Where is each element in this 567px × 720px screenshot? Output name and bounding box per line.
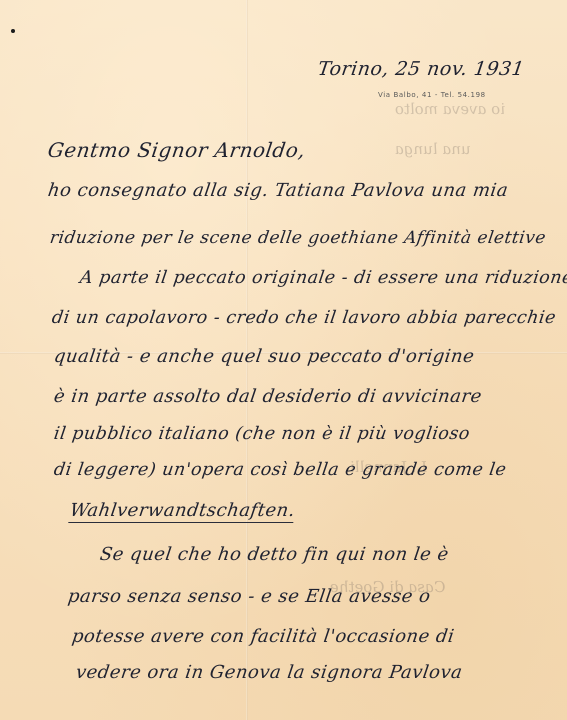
letter-line: Se quel che ho detto fin qui non le è <box>99 544 451 565</box>
letter-line: è in parte assolto dal desiderio di avvi… <box>53 386 484 407</box>
letterhead-address: Via Balbo, 41 - Tel. 54.198 <box>378 91 486 99</box>
letter-line: ho consegnato alla sig. Tatiana Pavlova … <box>47 180 510 201</box>
letter-line: il pubblico italiano (che non è il più v… <box>53 424 472 444</box>
bleed-through-text: io aveva molto <box>394 100 507 118</box>
letter-line-text: riduzione per le scene delle goethiane A… <box>49 228 548 248</box>
letter-line: potesse avere con facilità l'occasione d… <box>71 626 456 647</box>
letter-line-title: Wahlverwandtschaften. <box>69 500 297 521</box>
underlined-title: Wahlverwandtschaften. <box>68 500 296 523</box>
letter-line: A parte il peccato originale - di essere… <box>79 268 567 288</box>
letter-line: di un capolavoro - credo che il lavoro a… <box>51 308 558 328</box>
bleed-through-text: una lunga <box>394 140 472 158</box>
place-date: Torino, 25 nov. 1931 <box>316 58 525 80</box>
letter-line: qualità - e anche quel suo peccato d'ori… <box>53 346 476 367</box>
letter-line: parso senza senso - e se Ella avesse o <box>67 586 432 607</box>
punch-hole <box>11 29 15 33</box>
salutation: Gentmo Signor Arnoldo, <box>46 138 307 162</box>
letter-line: vedere ora in Genova la signora Pavlova <box>75 662 464 683</box>
letter-line: riduzione per le scene delle goethiane A… <box>49 228 548 248</box>
letter-line: di leggere) un'opera così bella e grande… <box>53 460 508 480</box>
letter-page: io aveva molto una lunga L. Jannelli Cas… <box>0 0 567 720</box>
